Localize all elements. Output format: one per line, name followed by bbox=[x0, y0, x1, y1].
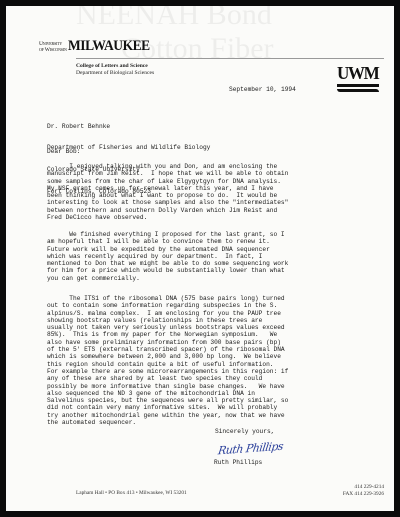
salutation: Dear Bob: bbox=[47, 148, 80, 155]
body-paragraph: The ITS1 of the ribosomal DNA (575 base … bbox=[47, 295, 288, 426]
letterhead-divider bbox=[76, 58, 384, 59]
college-block: College of Letters and Science Departmen… bbox=[76, 63, 154, 77]
body-paragraph: I enjoyed talking with you and Don, and … bbox=[47, 163, 288, 221]
paper-watermark: NEENAH Bond Cotton Fiber bbox=[76, 6, 274, 66]
university-wordmark: University of Wisconsin MILWAUKEE bbox=[39, 39, 158, 53]
uwm-logo-wave-icon bbox=[337, 89, 379, 92]
college-name: College of Letters and Science bbox=[76, 63, 154, 70]
uwm-logo: UWM bbox=[337, 64, 384, 92]
signer-name: Ruth Phillips bbox=[214, 459, 262, 466]
department-name: Department of Biological Sciences bbox=[76, 70, 154, 77]
body-paragraph: We finished everything I proposed for th… bbox=[47, 231, 288, 282]
uwm-logo-text: UWM bbox=[337, 64, 382, 82]
footer-contact: 414 229-4214 FAX 414 229-3926 bbox=[343, 484, 384, 497]
milwaukee-label: MILWAUKEE bbox=[68, 39, 150, 53]
letter-page: NEENAH Bond Cotton Fiber University of W… bbox=[6, 6, 394, 511]
university-of-wisconsin-label: University of Wisconsin bbox=[39, 42, 67, 53]
letter-date: September 10, 1994 bbox=[229, 86, 296, 93]
recipient-name: Dr. Robert Behnke bbox=[47, 123, 210, 130]
footer-fax: FAX 414 229-3926 bbox=[343, 491, 384, 498]
wordmark-line-2: of Wisconsin bbox=[39, 48, 67, 54]
closing: Sincerely yours, bbox=[215, 428, 274, 435]
footer-address: Lapham Hall • PO Box 413 • Milwaukee, WI… bbox=[76, 490, 187, 496]
handwritten-signature: Ruth Phillips bbox=[217, 440, 284, 458]
uwm-logo-bar-icon bbox=[337, 84, 379, 87]
